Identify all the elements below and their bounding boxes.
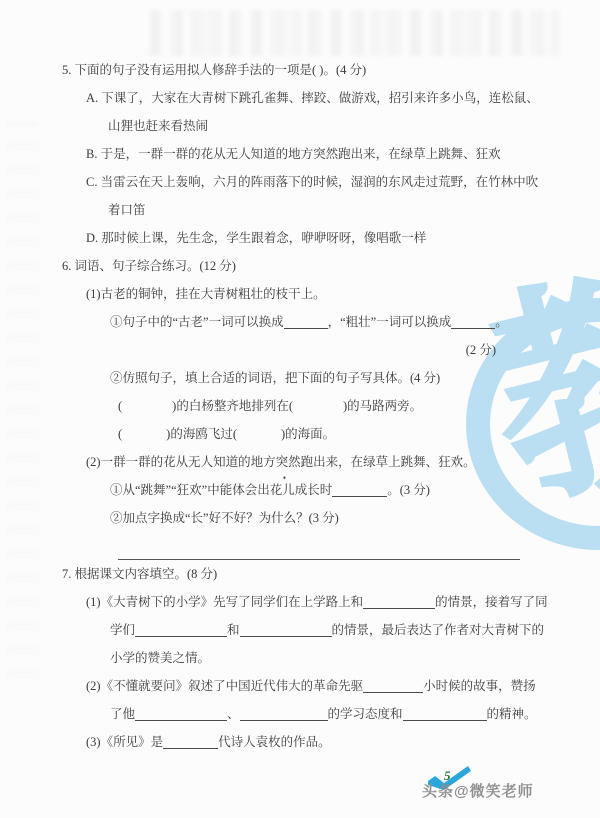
q7p3-text-1: (3)《所见》是 [86, 735, 163, 749]
fill1-text-1: ( [118, 399, 122, 413]
part2-text-post: 出来，在绿草上跳舞、狂欢。 [313, 455, 476, 469]
question-6-part2-sub2: ②加点字换成“长”好不好？为什么？(3 分) [110, 504, 548, 532]
fill1-text-2: )的白杨整齐地排列在( [172, 399, 293, 413]
question-7-part2: (2)《不懂就要问》叙述了中国近代伟大的革命先驱小时候的故事，赞扬了他、的学习态… [86, 672, 548, 728]
fill1-text-3: )的马路两旁。 [343, 399, 422, 413]
q7p2-text-5: 的精神。 [487, 707, 537, 721]
answer-blank [240, 622, 332, 637]
q7p2-text-3: 、 [227, 707, 240, 721]
question-6-stem: 6. 词语、句子综合练习。(12 分) [62, 252, 548, 280]
sub1-text-1: ①句子中的“古老”一词可以换成 [110, 315, 284, 329]
part2-text-pre: (2)一群一群的花从无人知道的地方突然 [86, 455, 301, 469]
answer-blank [363, 594, 435, 609]
answer-line [118, 532, 520, 560]
emphasized-char: 跑 [301, 455, 314, 469]
sub1-text-3: 。 [495, 315, 508, 329]
answer-blank [451, 314, 495, 329]
q7p2-text-4: 的学习态度和 [328, 707, 403, 721]
question-6-fill-line-2: ()的海鸥飞过()的海面。 [118, 420, 548, 448]
question-5-option-b: B. 于是，一群一群的花从无人知道的地方突然跑出来，在绿草上跳舞、狂欢 [86, 140, 548, 168]
question-6-part1-sub2: ②仿照句子，填上合适的词语，把下面的句子写具体。(4 分) [110, 364, 548, 392]
fill2-text-2: )的海鸥飞过( [166, 427, 237, 441]
answer-blank [403, 706, 487, 721]
question-6-part1: (1)古老的铜钟，挂在大青树粗壮的枝干上。 [86, 280, 548, 308]
question-7-part3: (3)《所见》是代诗人袁枚的作品。 [86, 728, 548, 756]
question-5-option-c: C. 当雷云在天上轰响，六月的阵雨落下的时候，湿润的东风走过荒野，在竹林中吹着口… [86, 168, 548, 224]
brand-watermark: 头条@微笑老师 [422, 778, 534, 806]
answer-blank [363, 678, 423, 693]
answer-blank [240, 706, 328, 721]
q7p1-text-1: (1)《大青树下的小学》先写了同学们在上学路上和 [86, 595, 363, 609]
question-7-part1: (1)《大青树下的小学》先写了同学们在上学路上和的情景，接着写了同学们和的情景，… [86, 588, 548, 672]
q7p2-text-1: (2)《不懂就要问》叙述了中国近代伟大的革命先驱 [86, 679, 363, 693]
q7p3-text-2: 代诗人袁枚的作品。 [218, 735, 331, 749]
q7p1-text-3: 和 [227, 623, 240, 637]
p2sub1-text-2: 。(3 分) [387, 483, 430, 497]
p2sub1-text-1: ①从“跳舞”“狂欢”中能体会出花儿成长时 [110, 483, 332, 497]
question-5-option-a: A. 下课了，大家在大青树下跳孔雀舞、摔跤、做游戏，招引来许多小鸟，连松鼠、山狸… [86, 84, 548, 140]
question-5-option-d: D. 那时候上课，先生念，学生跟着念，咿咿呀呀，像唱歌一样 [86, 224, 548, 252]
question-7-stem: 7. 根据课文内容填空。(8 分) [62, 560, 548, 588]
fill2-text-1: ( [118, 427, 122, 441]
question-6-part1-sub1-score: (2 分) [62, 336, 548, 364]
page-footer: 5 头条@微笑老师 [422, 764, 572, 808]
sub1-text-2: ，“粗壮”一词可以换成 [328, 315, 452, 329]
answer-blank [284, 314, 328, 329]
question-6-fill-line-1: ()的白杨整齐地排列在()的马路两旁。 [118, 392, 548, 420]
fill2-text-3: )的海面。 [281, 427, 335, 441]
exam-page: 教 5. 下面的句子没有运用拟人修辞手法的一项是( )。(4 分) A. 下课了… [0, 0, 600, 818]
answer-blank [163, 734, 218, 749]
answer-blank [135, 622, 227, 637]
question-5-stem: 5. 下面的句子没有运用拟人修辞手法的一项是( )。(4 分) [62, 56, 548, 84]
answer-blank [332, 482, 387, 497]
question-6-part1-sub1: ①句子中的“古老”一词可以换成，“粗壮”一词可以换成。 [110, 308, 548, 336]
answer-blank [135, 706, 227, 721]
question-6-part2: (2)一群一群的花从无人知道的地方突然跑出来，在绿草上跳舞、狂欢。 [86, 448, 548, 476]
question-6-part2-sub1: ①从“跳舞”“狂欢”中能体会出花儿成长时。(3 分) [110, 476, 548, 504]
exam-content: 5. 下面的句子没有运用拟人修辞手法的一项是( )。(4 分) A. 下课了，大… [0, 0, 600, 756]
